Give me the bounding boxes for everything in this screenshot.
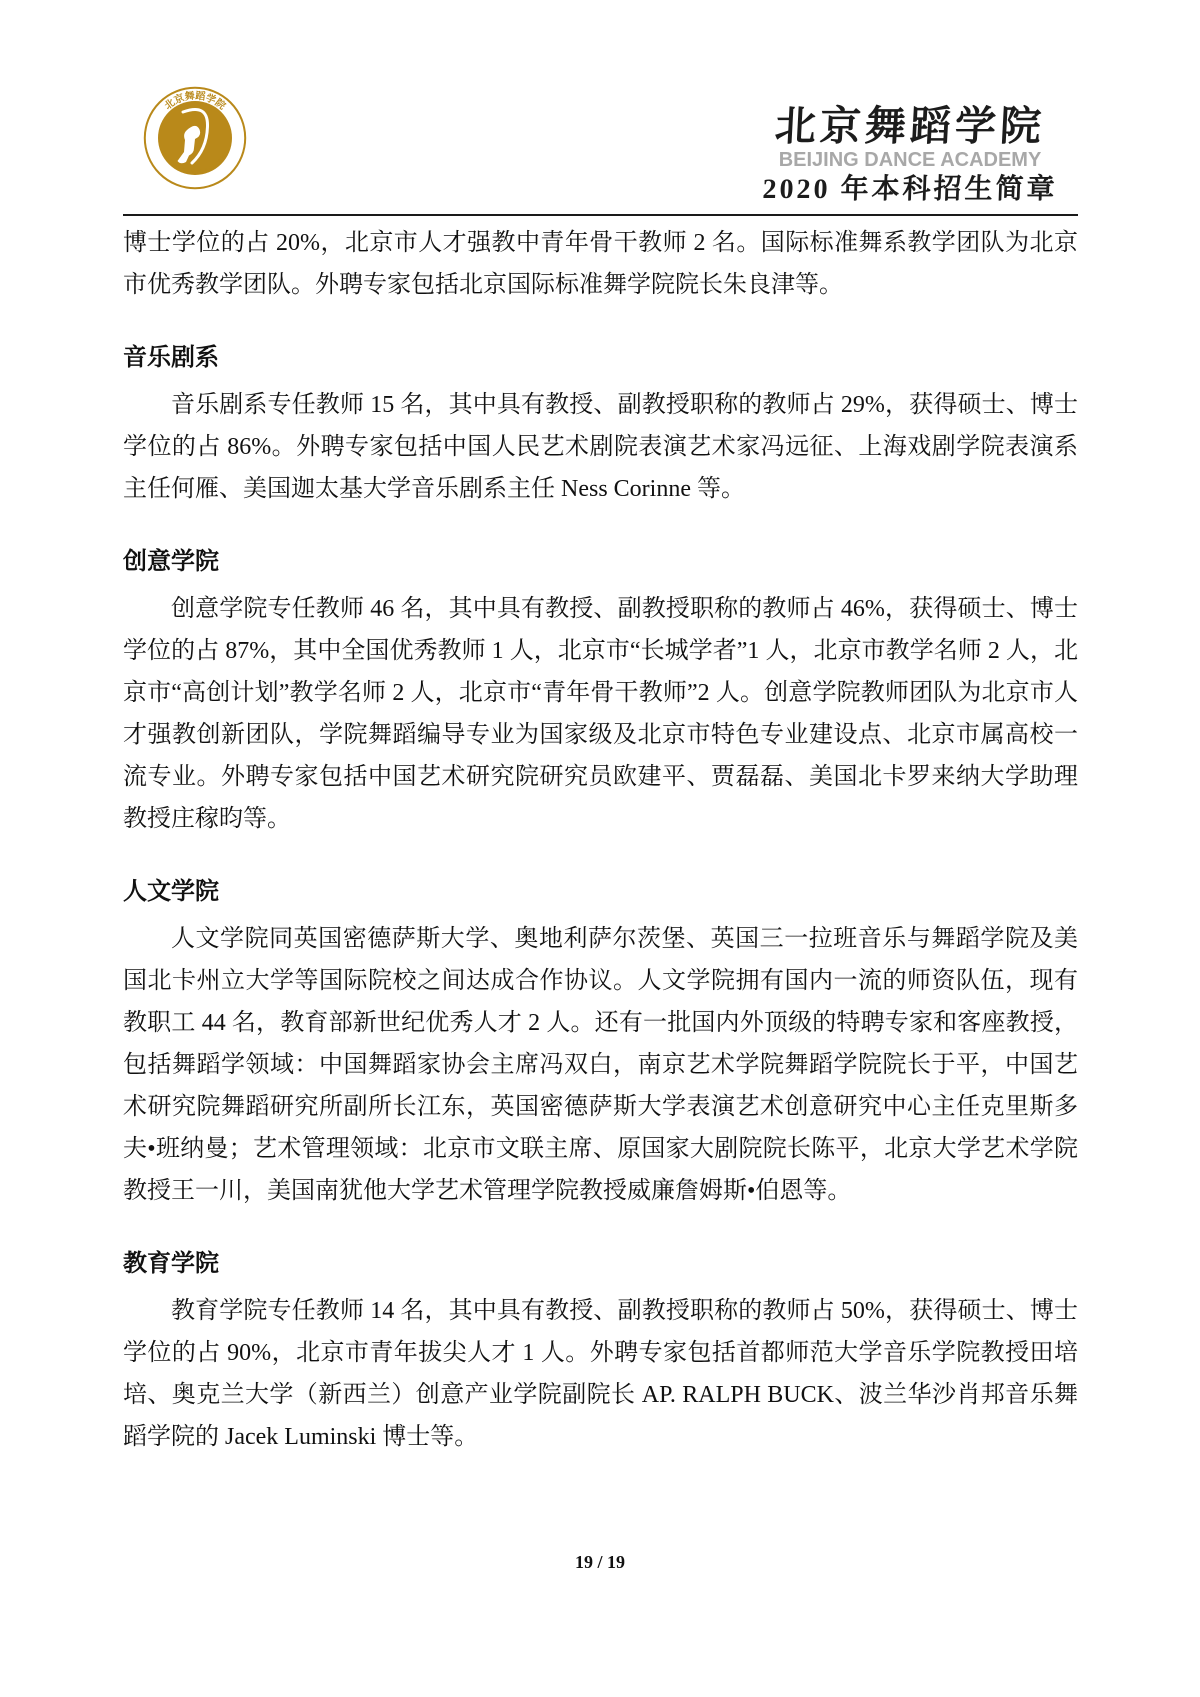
section-education-college: 教育学院 教育学院专任教师 14 名，其中具有教授、副教授职称的教师占 50%，…	[123, 1248, 1078, 1458]
section-creative-college: 创意学院 创意学院专任教师 46 名，其中具有教授、副教授职称的教师占 46%，…	[123, 546, 1078, 840]
header-subtitle: 2020 年本科招生简章	[659, 173, 1160, 207]
header-divider	[123, 214, 1078, 216]
academy-seal-icon: 北京舞蹈学院 BEIJING DANCE ACADEMY	[143, 86, 247, 190]
document-page: 北京舞蹈学院 BEIJING DANCE ACADEMY 北京舞蹈学院 BEIJ…	[0, 0, 1200, 1697]
section-paragraph: 博士学位的占 20%，北京市人才强教中青年骨干教师 2 名。国际标准舞系教学团队…	[123, 222, 1078, 306]
section-paragraph: 教育学院专任教师 14 名，其中具有教授、副教授职称的教师占 50%，获得硕士、…	[123, 1290, 1078, 1458]
section-heading: 教育学院	[123, 1248, 1078, 1280]
header-title-block: 北京舞蹈学院 BEIJING DANCE ACADEMY 2020 年本科招生简…	[660, 103, 1160, 207]
header-title-en: BEIJING DANCE ACADEMY	[660, 149, 1160, 171]
section-humanities-college: 人文学院 人文学院同英国密德萨斯大学、奥地利萨尔茨堡、英国三一拉班音乐与舞蹈学院…	[123, 876, 1078, 1212]
section-musical-theatre-dept: 音乐剧系 音乐剧系专任教师 15 名，其中具有教授、副教授职称的教师占 29%，…	[123, 342, 1078, 510]
section-paragraph: 创意学院专任教师 46 名，其中具有教授、副教授职称的教师占 46%，获得硕士、…	[123, 588, 1078, 840]
page-number: 19 / 19	[0, 1552, 1200, 1573]
section-heading: 人文学院	[123, 876, 1078, 908]
section-paragraph: 人文学院同英国密德萨斯大学、奥地利萨尔茨堡、英国三一拉班音乐与舞蹈学院及美国北卡…	[123, 918, 1078, 1212]
header-title-cn: 北京舞蹈学院	[659, 103, 1161, 149]
section-heading: 音乐剧系	[123, 342, 1078, 374]
section-heading: 创意学院	[123, 546, 1078, 578]
academy-logo-icon: 北京舞蹈学院 BEIJING DANCE ACADEMY	[143, 86, 247, 190]
section-paragraph: 音乐剧系专任教师 15 名，其中具有教授、副教授职称的教师占 29%，获得硕士、…	[123, 384, 1078, 510]
document-body: 博士学位的占 20%，北京市人才强教中青年骨干教师 2 名。国际标准舞系教学团队…	[123, 222, 1078, 1458]
section-intro-continuation: 博士学位的占 20%，北京市人才强教中青年骨干教师 2 名。国际标准舞系教学团队…	[123, 222, 1078, 306]
